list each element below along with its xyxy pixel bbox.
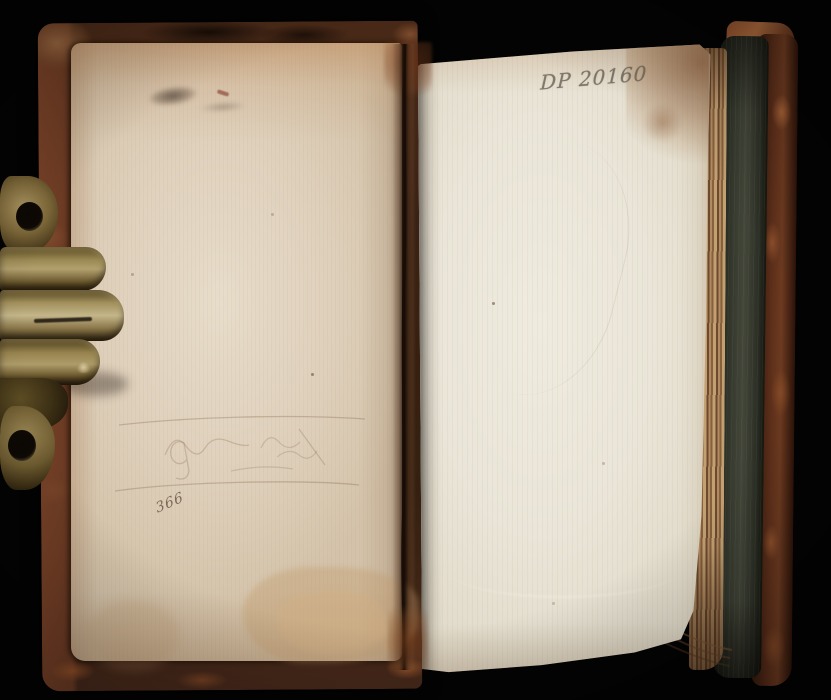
water-stain-core	[277, 591, 387, 653]
page-crease	[448, 542, 678, 598]
gutter-stain-bottom	[388, 598, 428, 670]
red-ink-fleck	[217, 89, 230, 97]
clasp-finger-1	[0, 247, 106, 291]
paper-speck	[271, 213, 274, 216]
paper-speck	[602, 462, 605, 465]
brass-clasp	[0, 0, 1, 1]
water-stain-faint	[87, 599, 179, 671]
paper-speck	[552, 602, 555, 605]
right-page-corner-stain-rim	[642, 100, 682, 146]
paper-speck	[311, 373, 314, 376]
clasp-rivet-hole-upper	[16, 202, 43, 231]
gutter-crack	[392, 44, 416, 670]
page-crease-faint	[394, 112, 651, 413]
left-page: 366	[71, 43, 402, 661]
paper-speck	[492, 302, 495, 305]
paper-speck	[131, 273, 134, 276]
ghost-handwriting	[109, 329, 381, 521]
right-page: DP 20160	[402, 42, 712, 674]
clasp-rivet-hole-lower	[8, 430, 36, 461]
clasp-finger-2	[0, 290, 124, 341]
gutter	[392, 44, 416, 670]
book-photo: DP 20160 366	[0, 0, 831, 700]
clasp-tip-highlight	[76, 362, 91, 373]
